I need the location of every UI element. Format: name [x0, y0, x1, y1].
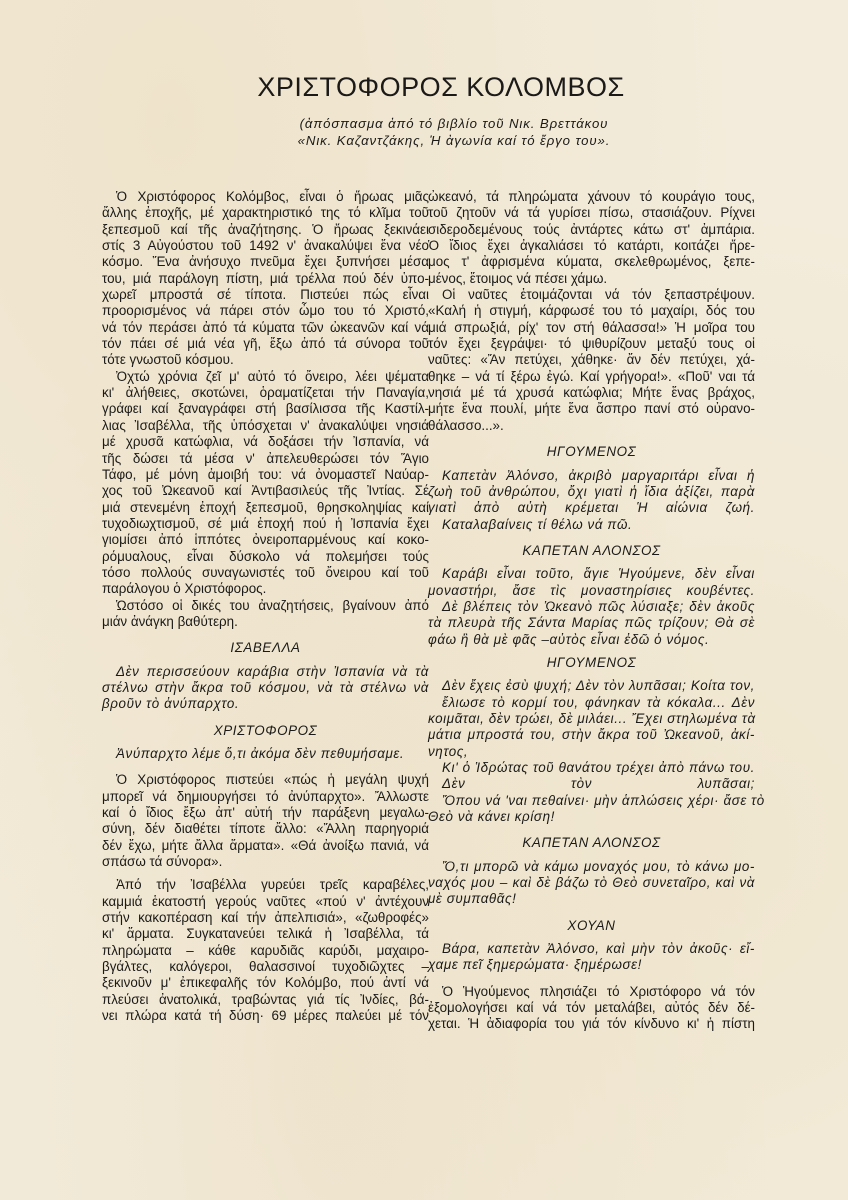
text-line: μπορεῖ νά δημιουργήσει τό ἀνύπαρχτο». Ἄλ…: [102, 789, 429, 805]
text-line: ἔλιωσε τὸ κορμί του, φάνηκαν τὰ κόκαλα..…: [428, 695, 755, 711]
text-line: χος τοῦ Ὠκεανοῦ καί Ἀντιβασιλεύς τῆς Ἰντ…: [102, 483, 429, 499]
text-line: Καράβι εἶναι τοῦτο, ἅγιε Ἡγούμενε, δὲν ε…: [428, 566, 755, 582]
speaker-name: ΚΑΠΕΤΑΝ ΑΛΟΝΣΟΣ: [428, 835, 755, 851]
text-line: νητος,: [428, 744, 755, 760]
text-line: μιά σπρωξιά, ρίχ' τον στή θάλασσα!» Ἡ μο…: [428, 320, 755, 336]
text-line: μένος, ἕτοιμος νά πέσει χάμω.: [428, 271, 755, 287]
text-line: Ἀνύπαρχτο λέμε ὅ,τι ἀκόμα δὲν πεθυμήσαμε…: [102, 746, 429, 762]
article-title: ΧΡΙΣΤΟΦΟΡΟΣ ΚΟΛΟΜΒΟΣ: [0, 72, 848, 103]
text-line: τόν πάει σέ μιά νέα γῆ, ἔξω ἀπό τά σύνορ…: [102, 336, 429, 352]
text-line: τόν ἔχει ξεγράψει· τό ψιθυρίζουν μεταξύ …: [428, 336, 755, 352]
text-line: πληρώματα – κάθε καρυδιᾶς καρύδι, μαχαιρ…: [102, 943, 429, 959]
text-line: Οἱ ναῦτες ἑτοιμάζονται νά τόν ξεπαστρέψο…: [428, 287, 755, 303]
text-line: «Καλή ἡ στιγμή, κάρφωσέ του τό μαχαίρι, …: [428, 303, 755, 319]
dialogue: Ὅ,τι μπορῶ νὰ κάμω μοναχός μου, τὸ κάνω …: [428, 859, 755, 908]
text-line: ναῦτες: «Ἄν πετύχει, χάθηκε· ἄν δέν πετύ…: [428, 352, 755, 368]
dialogue: Καράβι εἶναι τοῦτο, ἅγιε Ἡγούμενε, δὲν ε…: [428, 566, 755, 648]
speaker-name: ΧΡΙΣΤΟΦΟΡΟΣ: [102, 723, 429, 739]
text-line: ξεπεσμοῦ καί τῆς ἀναζήτησης. Ὁ ἥρωας ξεκ…: [102, 222, 429, 238]
text-line: καμμιά ἑκατοστή γερούς ναῦτες «πού ν' ἀν…: [102, 894, 429, 910]
text-line: τὰ πλευρὰ τῆς Σάντα Μαρίας πῶς τρίζουν; …: [428, 615, 755, 631]
text-line: Θεὸ νὰ κάνει κρίση!: [428, 809, 755, 825]
text-line: βγάλτες, καλόγεροι, θαλασσινοί τυχοδιῶχτ…: [102, 959, 429, 975]
right-column: ὠκεανό, τά πληρώματα χάνουν τό κουράγιο …: [428, 189, 755, 1033]
text-line: του, μιά παράλογη πίστη, μιά τρέλλα πού …: [102, 271, 429, 287]
text-line: ζωὴ τοῦ ἀνθρώπου, ὄχι γιατὶ ἡ ἴδια ἀξίζε…: [428, 484, 755, 500]
text-line: θάλασσο...».: [428, 418, 755, 434]
text-line: ξεκινοῦν μ' ἐπικεφαλῆς τόν Κολόμβο, πού …: [102, 975, 429, 991]
text-line: χεται. Ἡ ἀδιαφορία του γιά τόν κίνδυνο κ…: [428, 1016, 755, 1032]
text-line: Βάρα, καπετὰν Ἀλόνσο, καὶ μὴν τὸν ἀκοῦς·…: [428, 941, 755, 957]
paragraph: Ἀπό τήν Ἰσαβέλλα γυρεύει τρεῖς καραβέλες…: [102, 877, 429, 1024]
text-line: στήν κακοπέραση καί τήν ἀπελπισιά», «ζωθ…: [102, 910, 429, 926]
text-line: κόσμο. Ἕνα ἀνήσυχο πνεῦμα ἔχει ξυπνήσει …: [102, 254, 429, 270]
text-line: Ὀχτώ χρόνια ζεῖ μ' αὐτό τό ὄνειρο, λέει …: [102, 369, 429, 385]
dialogue: Ἀνύπαρχτο λέμε ὅ,τι ἀκόμα δὲν πεθυμήσαμε…: [102, 746, 429, 762]
text-line: Ὅπου νά 'ναι πεθαίνει· μὴν ἁπλώσεις χέρι…: [428, 793, 755, 809]
text-line: ἐξομολογήσει καί νά τόν μεταλάβει, αὐτός…: [428, 1000, 755, 1016]
text-line: τυχοδιωχτισμοῦ, σέ μιά ἐποχή πού ἡ Ἰσπαν…: [102, 516, 429, 532]
text-line: σπάσω τά σύνορα».: [102, 854, 429, 870]
text-line: μιάν ἀνάγκη βαθύτερη.: [102, 614, 429, 630]
text-line: μέ χρυσᾶ κατώφλια, νά δοξάσει τήν Ἰσπανί…: [102, 434, 429, 450]
paragraph: ὠκεανό, τά πληρώματα χάνουν τό κουράγιο …: [428, 189, 755, 287]
text-line: στίς 3 Αὐγούστου τοῦ 1492 ν' ἀνακαλύψει …: [102, 238, 429, 254]
text-line: Ὡστόσο οἱ δικές του ἀναζητήσεις, βγαίνου…: [102, 598, 429, 614]
text-line: Κι' ὁ Ἱδρώτας τοῦ θανάτου τρέχει ἀπὸ πάν…: [428, 760, 755, 776]
text-line: μὲ συμπαθᾶς!: [428, 891, 755, 907]
text-line: κι' ἀλήθειες, σκοτώνει, ὁραματίζεται τήν…: [102, 385, 429, 401]
text-line: στέλνω στὴν ἄκρα τοῦ κόσμου, νὰ τὰ στέλν…: [102, 680, 429, 696]
text-line: πλεύσει ἀνατολικά, τραβώντας γιά τίς Ἰνδ…: [102, 992, 429, 1008]
text-line: μοναστήρι, ἄσε τὶς μοναστηρίσιες κουβέντ…: [428, 583, 755, 599]
text-line: γράφει καί ξαναγράφει στή βασίλισσα τῆς …: [102, 401, 429, 417]
text-line: Ἀπό τήν Ἰσαβέλλα γυρεύει τρεῖς καραβέλες…: [102, 877, 429, 893]
paragraph: Ὁ Χριστόφορος πιστεύει «πώς ἡ μεγάλη ψυχ…: [102, 772, 429, 870]
text-line: γιομίσει ἀπό ἱππότες ὀνειροπαρμένους καί…: [102, 532, 429, 548]
text-line: λιας Ἰσαβέλλα, τῆς ὑπόσχεται ν' ἀνακαλύψ…: [102, 418, 429, 434]
text-line: νησιά μέ τά χρυσά κατώφλια; Μήτε ἕνας βρ…: [428, 385, 755, 401]
paragraph: Ὀχτώ χρόνια ζεῖ μ' αὐτό τό ὄνειρο, λέει …: [102, 369, 429, 598]
subtitle-line: (ἀπόσπασμα ἀπό τό βιβλίο τοῦ Νικ. Βρεττά…: [60, 115, 848, 132]
text-line: ἄλλης ἐποχῆς, μέ χαρακτηριστικό της τό κ…: [102, 205, 429, 221]
subtitle-line: «Νικ. Καζαντζάκης, Ἡ ἀγωνία καί τό ἔργο …: [60, 132, 848, 149]
text-line: Ὅ,τι μπορῶ νὰ κάμω μοναχός μου, τὸ κάνω …: [428, 859, 755, 875]
paragraph: Ὁ Ἡγούμενος πλησιάζει τό Χριστόφορο νά τ…: [428, 984, 755, 1033]
text-line: Καταλαβαίνεις τί θέλω νά πῶ.: [428, 517, 755, 533]
speaker-name: ΗΓΟΥΜΕΝΟΣ: [428, 444, 755, 460]
speaker-name: ΧΟΥΑΝ: [428, 918, 755, 934]
text-line: Δὲν περισσεύουν καράβια στὴν Ἰσπανία νὰ …: [102, 664, 429, 680]
text-line: Ὁ ἴδιος ἔχει ἀγκαλιάσει τό κατάρτι, κοιτ…: [428, 238, 755, 254]
text-line: Δὲν ἔχεις ἐσὺ ψυχή; Δὲν τὸν λυπᾶσαι; Κοί…: [428, 678, 755, 694]
text-line: γιατὶ ἀπὸ αὐτὴ κρέμεται Ἡ αἰώνια ζωή.: [428, 500, 755, 516]
left-column: Ὁ Χριστόφορος Κολόμβος, εἶναι ὁ ἥρωας μι…: [102, 189, 429, 1025]
text-line: ναχός μου – καὶ δὲ βάζω τὸ Θεὸ συνεταῖρο…: [428, 875, 755, 891]
text-line: δέν ἔχω, μήτε ἄλλα ἅρματα». «Θά ἀνοίξω π…: [102, 838, 429, 854]
text-line: τοῦ ζητοῦν νά τά γυρίσει πίσω, στασιάζου…: [428, 205, 755, 221]
speaker-name: ΙΣΑΒΕΛΛΑ: [102, 640, 429, 656]
text-line: προορισμένος νά πάρει στόν ὦμο του τό Χρ…: [102, 303, 429, 319]
text-line: κι' ἅρματα. Συγκατανεύει τελικά ἡ Ἰσαβέλ…: [102, 926, 429, 942]
text-line: Ὁ Χριστόφορος πιστεύει «πώς ἡ μεγάλη ψυχ…: [102, 772, 429, 788]
text-line: μος τ' ἀφρισμένα κύματα, σκελεθρωμένος, …: [428, 254, 755, 270]
paragraph: Ὡστόσο οἱ δικές του ἀναζητήσεις, βγαίνου…: [102, 598, 429, 631]
text-line: Δὲν τὸν λυπᾶσαι;: [428, 776, 755, 792]
speaker-name: ΚΑΠΕΤΑΝ ΑΛΟΝΣΟΣ: [428, 543, 755, 559]
text-line: παράλογου ὁ Χριστόφορος.: [102, 581, 429, 597]
text-line: νά τόν περάσει ἀπό τά κύματα τῶν ὠκεανῶν…: [102, 320, 429, 336]
text-line: φάω ἢ θὰ μὲ φᾶς –αὐτὸς εἶναι ἐδῶ ὁ νόμος…: [428, 632, 755, 648]
text-line: καί ὁ ἴδιος ἔξω ἀπ' αὐτή τήν παράξενη με…: [102, 805, 429, 821]
text-line: μιά στενεμένη ἐποχή ξεπεσμοῦ, θρησκοληψί…: [102, 500, 429, 516]
text-line: τόσο πολλούς συναγωνιστές τοῦ ὄνειρου κα…: [102, 565, 429, 581]
text-line: κοιμᾶται, δὲν τρώει, δὲ μιλάει... Ἔχει σ…: [428, 711, 755, 727]
text-line: σύνη, δέν διαθέτει τίποτε ἄλλο: «Ἄλλη πα…: [102, 821, 429, 837]
text-line: βροῦν τὸ ἀνύπαρχτο.: [102, 696, 429, 712]
paragraph: Ὁ Χριστόφορος Κολόμβος, εἶναι ὁ ἥρωας μι…: [102, 189, 429, 369]
text-line: τῆς δώσει τά μέσα ν' ἀπελευθερώσει τόν Ἅ…: [102, 451, 429, 467]
dialogue: Δὲν ἔχεις ἐσὺ ψυχή; Δὲν τὸν λυπᾶσαι; Κοί…: [428, 678, 755, 825]
paragraph: Οἱ ναῦτες ἑτοιμάζονται νά τόν ξεπαστρέψο…: [428, 287, 755, 434]
text-line: τότε γνωστοῦ κόσμου.: [102, 352, 429, 368]
article-subtitle: (ἀπόσπασμα ἀπό τό βιβλίο τοῦ Νικ. Βρεττά…: [0, 115, 848, 149]
text-line: Καπετὰν Ἀλόνσο, ἀκριβὸ μαργαριτάρι εἶναι…: [428, 468, 755, 484]
text-line: ὠκεανό, τά πληρώματα χάνουν τό κουράγιο …: [428, 189, 755, 205]
text-line: Δὲ βλέπεις τὸν Ὠκεανὸ πῶς λύσιαξε; δὲν ἀ…: [428, 599, 755, 615]
dialogue: Δὲν περισσεύουν καράβια στὴν Ἰσπανία νὰ …: [102, 664, 429, 713]
text-line: χαμε πεῖ ξημερώματα· ξημέρωσε!: [428, 957, 755, 973]
dialogue: Καπετὰν Ἀλόνσο, ἀκριβὸ μαργαριτάρι εἶναι…: [428, 468, 755, 533]
text-line: χωρεῖ μπροστά σέ τίποτα. Πιστεύει πώς εἶ…: [102, 287, 429, 303]
text-line: νει πλώρα κατά τή δύση· 69 μέρες παλεύει…: [102, 1008, 429, 1024]
text-line: μάτια μπροστά του, στὴν ἄκρα τοῦ Ὠκεανοῦ…: [428, 727, 755, 743]
text-line: θηκε – νά τί ξέρω ἐγώ. Καί γρήγορα!». «Π…: [428, 369, 755, 385]
speaker-name: ΗΓΟΥΜΕΝΟΣ: [428, 655, 755, 671]
dialogue: Βάρα, καπετὰν Ἀλόνσο, καὶ μὴν τὸν ἀκοῦς·…: [428, 941, 755, 974]
text-line: μήτε ἕνα πουλί, μήτε ἕνα ἄσπρο πανί στό …: [428, 401, 755, 417]
text-line: Τάφο, μέ μόνη ἀμοιβή του: νά ὀνομαστεῖ Ν…: [102, 467, 429, 483]
text-line: Ὁ Χριστόφορος Κολόμβος, εἶναι ὁ ἥρωας μι…: [102, 189, 429, 205]
text-line: Ὁ Ἡγούμενος πλησιάζει τό Χριστόφορο νά τ…: [428, 984, 755, 1000]
text-line: σιδεροδεμένους τούς ἀντάρτες κάτω στ' ἀμ…: [428, 222, 755, 238]
text-line: ρόμυαλους, εἶναι δύσκολο νά πολεμήσει το…: [102, 549, 429, 565]
